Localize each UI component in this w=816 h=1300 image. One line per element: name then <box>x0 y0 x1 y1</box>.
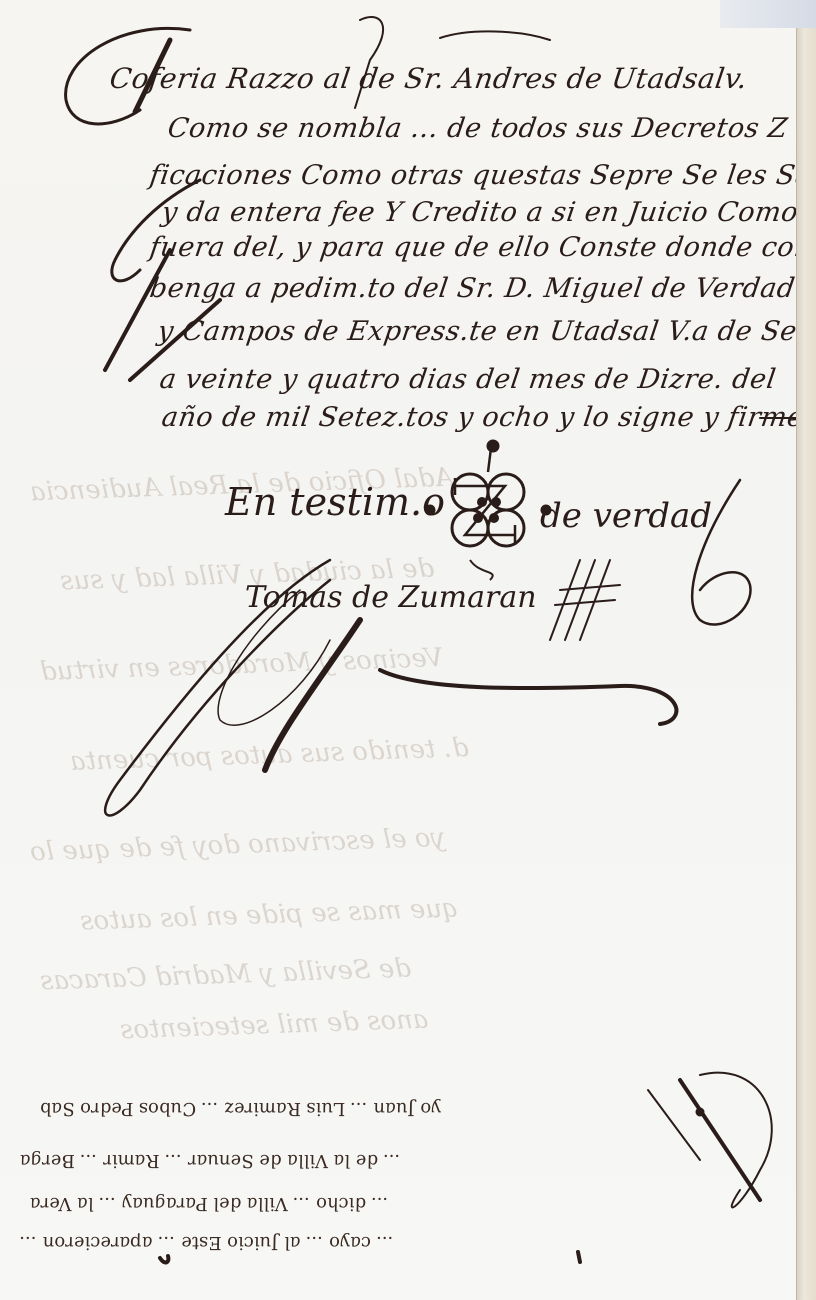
manuscript-page: Adal Oficio de la Real Audiencia de la c… <box>0 0 800 1300</box>
page-edge <box>796 28 816 1300</box>
bottom-flourish <box>0 0 800 1300</box>
scan-background <box>720 0 816 28</box>
